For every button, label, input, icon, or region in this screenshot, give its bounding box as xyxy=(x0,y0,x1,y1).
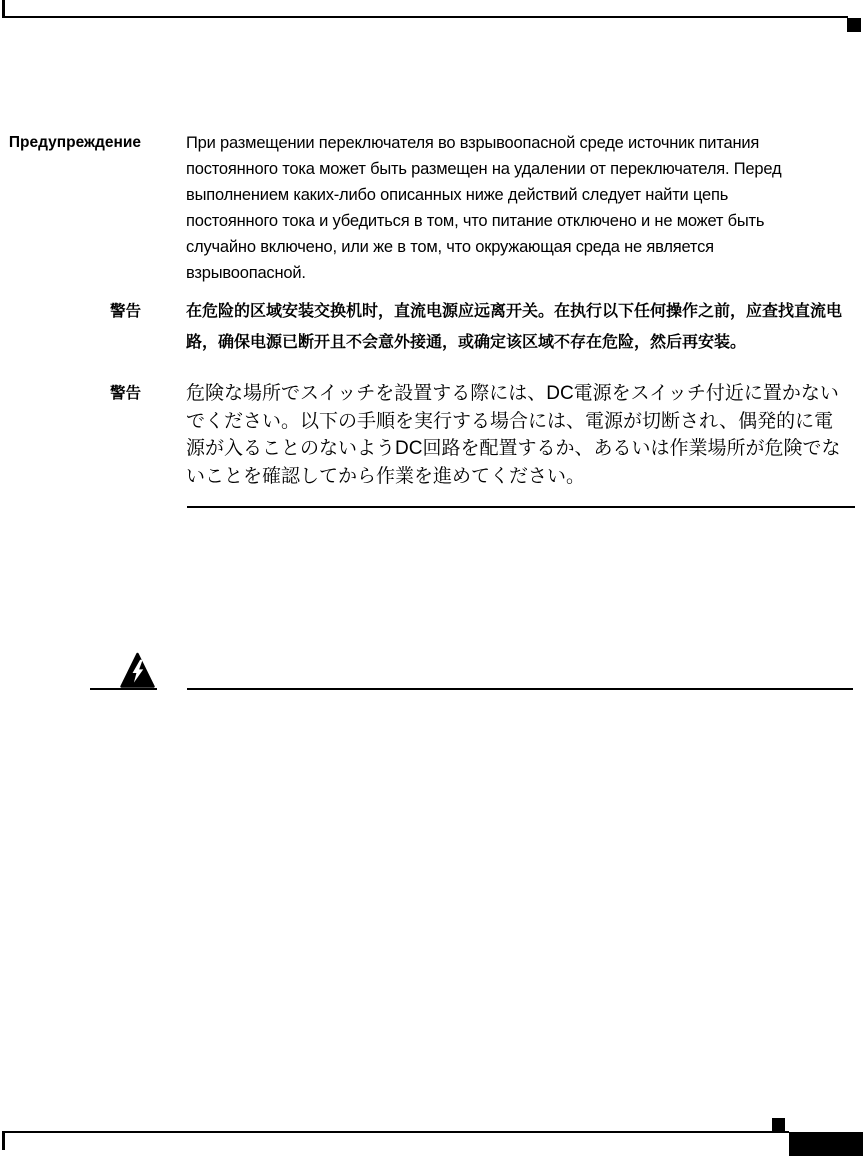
document-page: Предупреждение При размещении переключат… xyxy=(0,0,865,1157)
warning-label-chinese: 警告 xyxy=(0,296,141,327)
warning-text-japanese: 危険な場所でスイッチを設置する際には、DC電源をスイッチ付近に置かない でくださ… xyxy=(186,380,840,490)
warning-label-japanese: 警告 xyxy=(0,380,141,408)
footer-small-square-marker xyxy=(772,1118,785,1132)
footer-rule xyxy=(2,1131,789,1133)
top-left-register-mark xyxy=(2,0,5,17)
warning-icon-right-rule xyxy=(187,688,853,690)
warning-label-russian: Предупреждение xyxy=(0,130,141,156)
warning-end-rule xyxy=(187,506,855,508)
bottom-left-register-mark xyxy=(2,1133,5,1150)
warning-text-russian: При размещении переключателя во взрывооп… xyxy=(186,130,781,286)
electrical-hazard-warning-icon xyxy=(120,652,155,689)
footer-page-number-block xyxy=(789,1132,863,1156)
header-rule xyxy=(2,16,848,18)
warning-text-chinese: 在危险的区域安装交换机时，直流电源应远离开关。在执行以下任何操作之前，应查找直流… xyxy=(186,296,842,358)
top-right-tab-marker xyxy=(847,18,861,32)
